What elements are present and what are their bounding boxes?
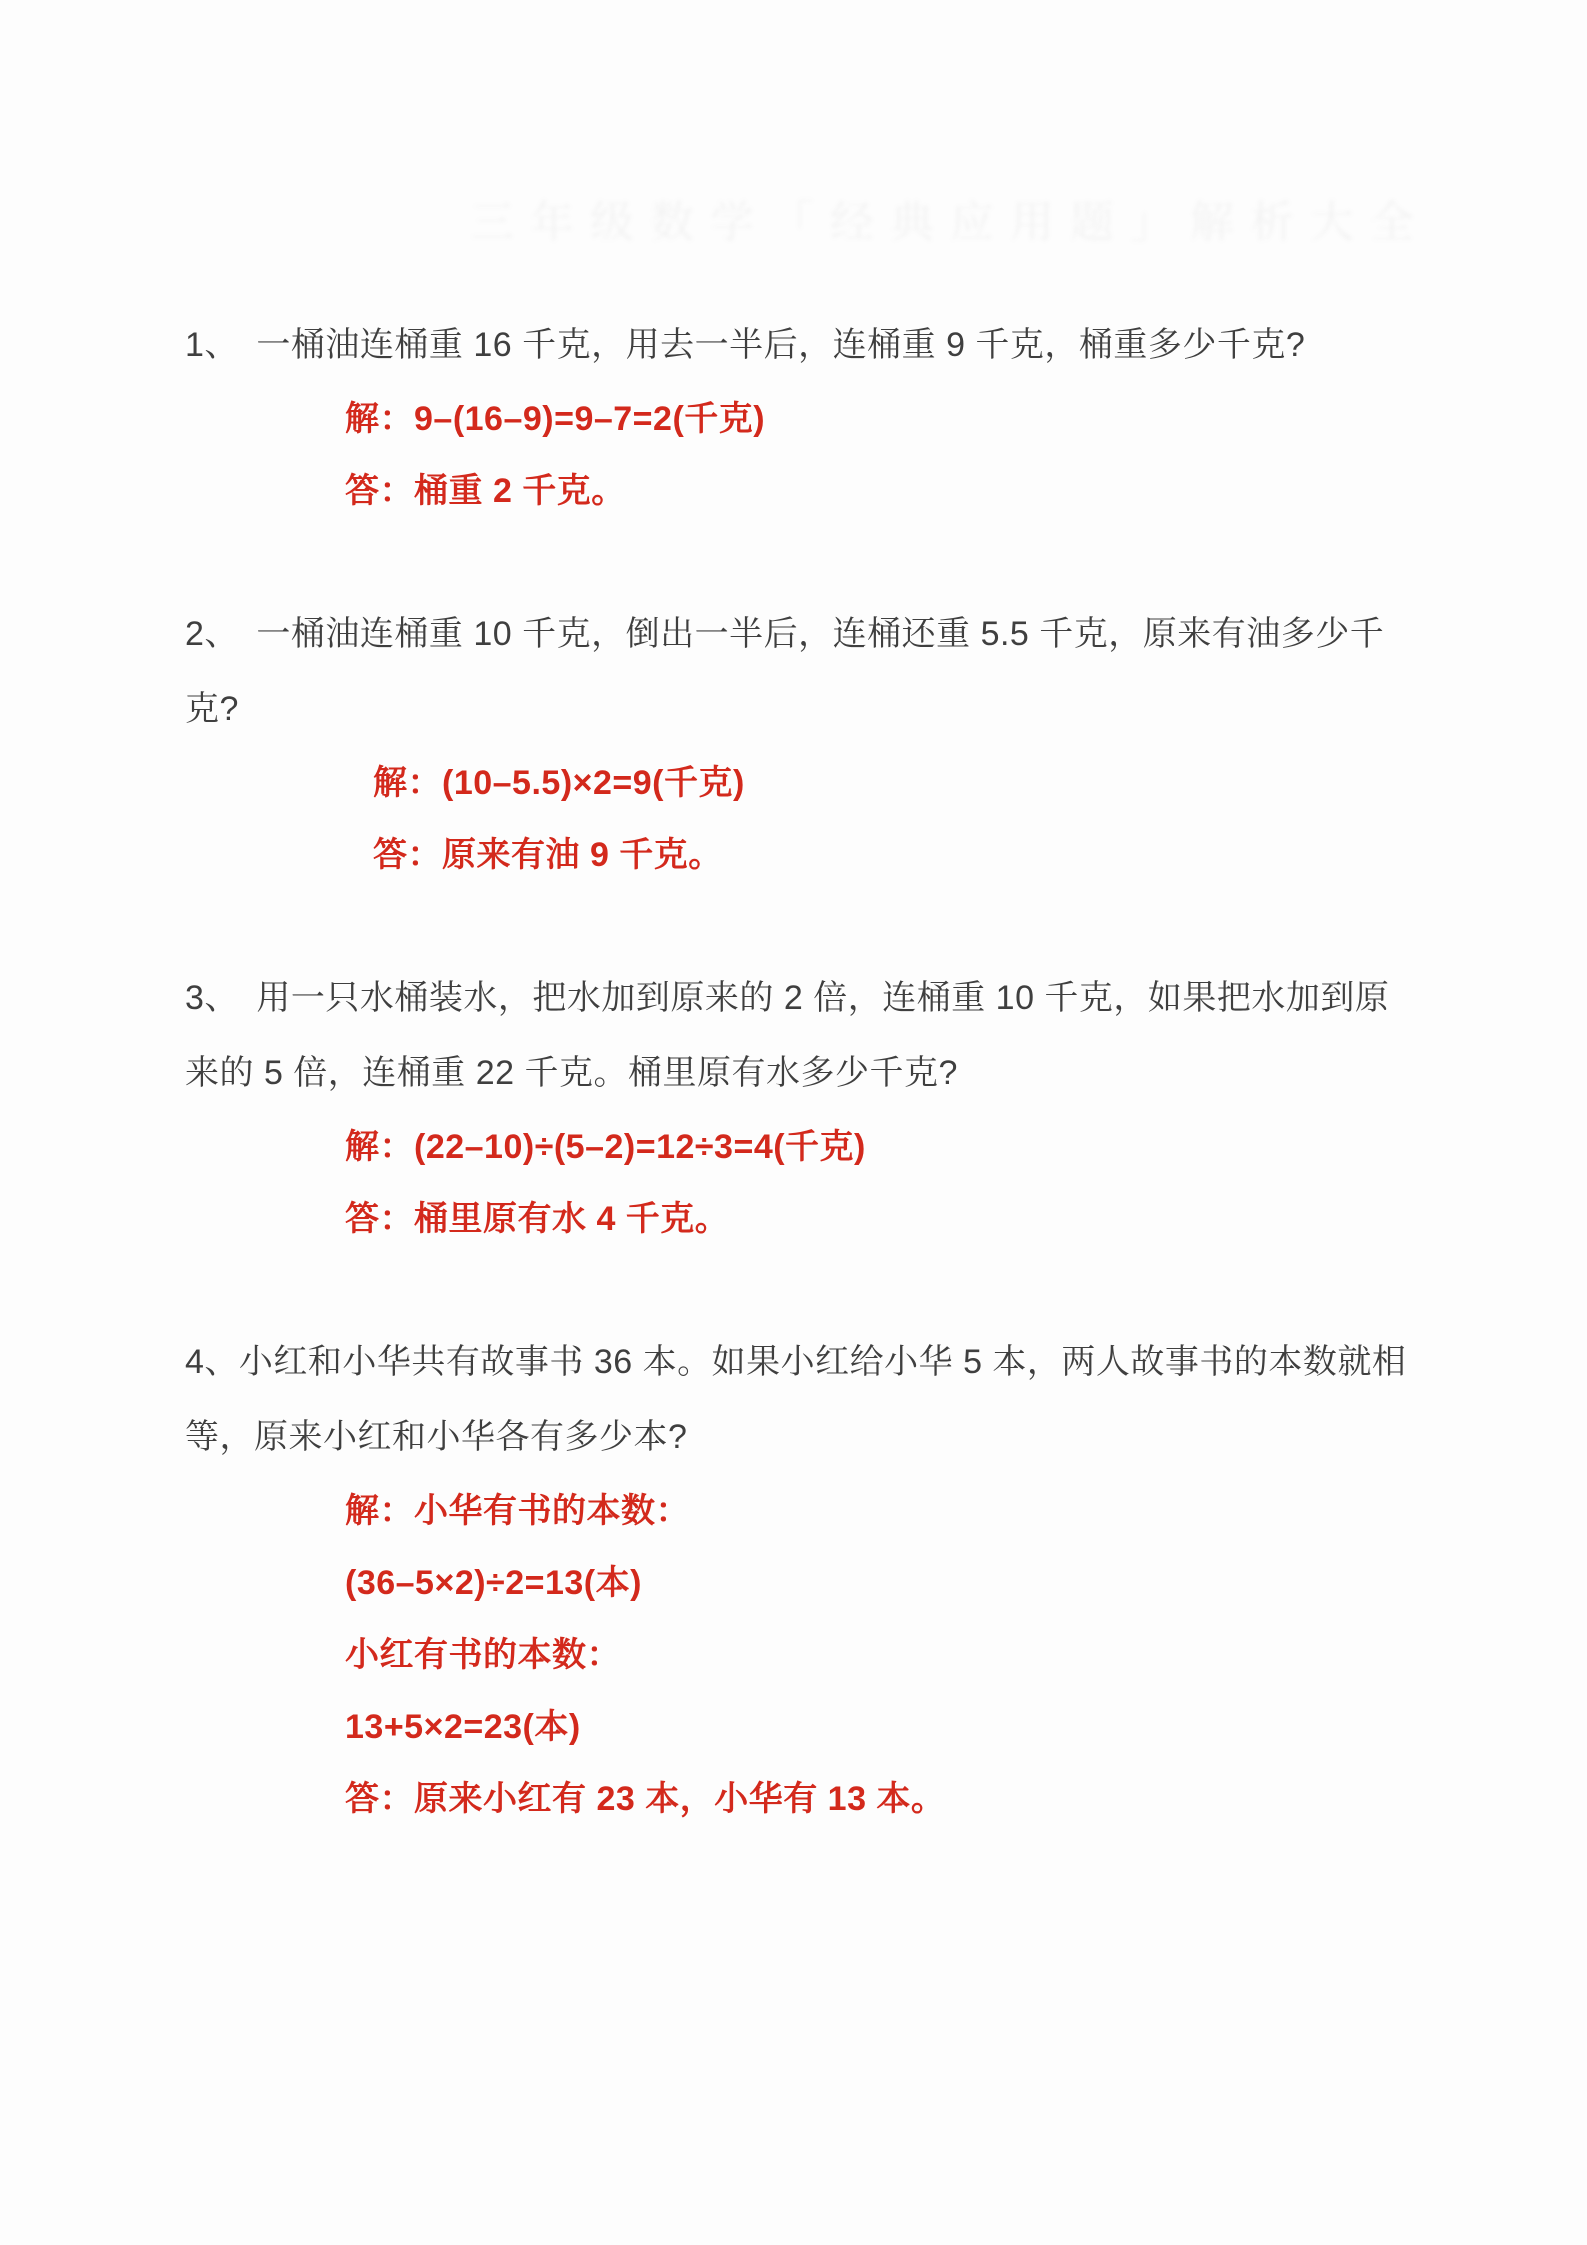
problem-3-solution: 解：(22–10)÷(5–2)=12÷3=4(千克) 答：桶里原有水 4 千克。 [345, 1111, 1420, 1255]
problem-1-question: 1、 一桶油连桶重 16 千克，用去一半后，连桶重 9 千克，桶重多少千克? [185, 308, 1420, 383]
problem-4-solution-line-2: (36–5×2)÷2=13(本) [345, 1547, 1420, 1619]
problem-2-question: 2、 一桶油连桶重 10 千克，倒出一半后，连桶还重 5.5 千克，原来有油多少… [185, 597, 1420, 747]
problem-1: 1、 一桶油连桶重 16 千克，用去一半后，连桶重 9 千克，桶重多少千克? 解… [185, 308, 1420, 527]
problem-4: 4、小红和小华共有故事书 36 本。如果小红给小华 5 本，两人故事书的本数就相… [185, 1325, 1420, 1835]
problem-4-solution-line-1: 解：小华有书的本数： [345, 1475, 1420, 1547]
problem-2-answer-line: 答：原来有油 9 千克。 [373, 819, 1420, 891]
worksheet-content: 1、 一桶油连桶重 16 千克，用去一半后，连桶重 9 千克，桶重多少千克? 解… [185, 308, 1420, 1905]
problem-3-question: 3、 用一只水桶装水，把水加到原来的 2 倍，连桶重 10 千克，如果把水加到原… [185, 961, 1420, 1111]
problem-4-answer-line: 答：原来小红有 23 本，小华有 13 本。 [345, 1763, 1420, 1835]
problem-3: 3、 用一只水桶装水，把水加到原来的 2 倍，连桶重 10 千克，如果把水加到原… [185, 961, 1420, 1255]
problem-2-solution-line: 解：(10–5.5)×2=9(千克) [373, 747, 1420, 819]
problem-1-answer-line: 答：桶重 2 千克。 [345, 455, 1420, 527]
problem-2-solution: 解：(10–5.5)×2=9(千克) 答：原来有油 9 千克。 [373, 747, 1420, 891]
worksheet-page: { "watermark": "三年级数学「经典应用题」解析大全", "prob… [0, 0, 1587, 2245]
problem-2: 2、 一桶油连桶重 10 千克，倒出一半后，连桶还重 5.5 千克，原来有油多少… [185, 597, 1420, 891]
problem-1-solution-line: 解：9–(16–9)=9–7=2(千克) [345, 383, 1420, 455]
problem-4-solution-line-3: 小红有书的本数： [345, 1619, 1420, 1691]
faint-watermark-title: 三年级数学「经典应用题」解析大全 [470, 186, 1470, 250]
problem-3-answer-line: 答：桶里原有水 4 千克。 [345, 1183, 1420, 1255]
problem-1-solution: 解：9–(16–9)=9–7=2(千克) 答：桶重 2 千克。 [345, 383, 1420, 527]
problem-4-solution: 解：小华有书的本数： (36–5×2)÷2=13(本) 小红有书的本数： 13+… [345, 1475, 1420, 1835]
problem-4-question: 4、小红和小华共有故事书 36 本。如果小红给小华 5 本，两人故事书的本数就相… [185, 1325, 1420, 1475]
problem-4-solution-line-4: 13+5×2=23(本) [345, 1691, 1420, 1763]
problem-3-solution-line: 解：(22–10)÷(5–2)=12÷3=4(千克) [345, 1111, 1420, 1183]
